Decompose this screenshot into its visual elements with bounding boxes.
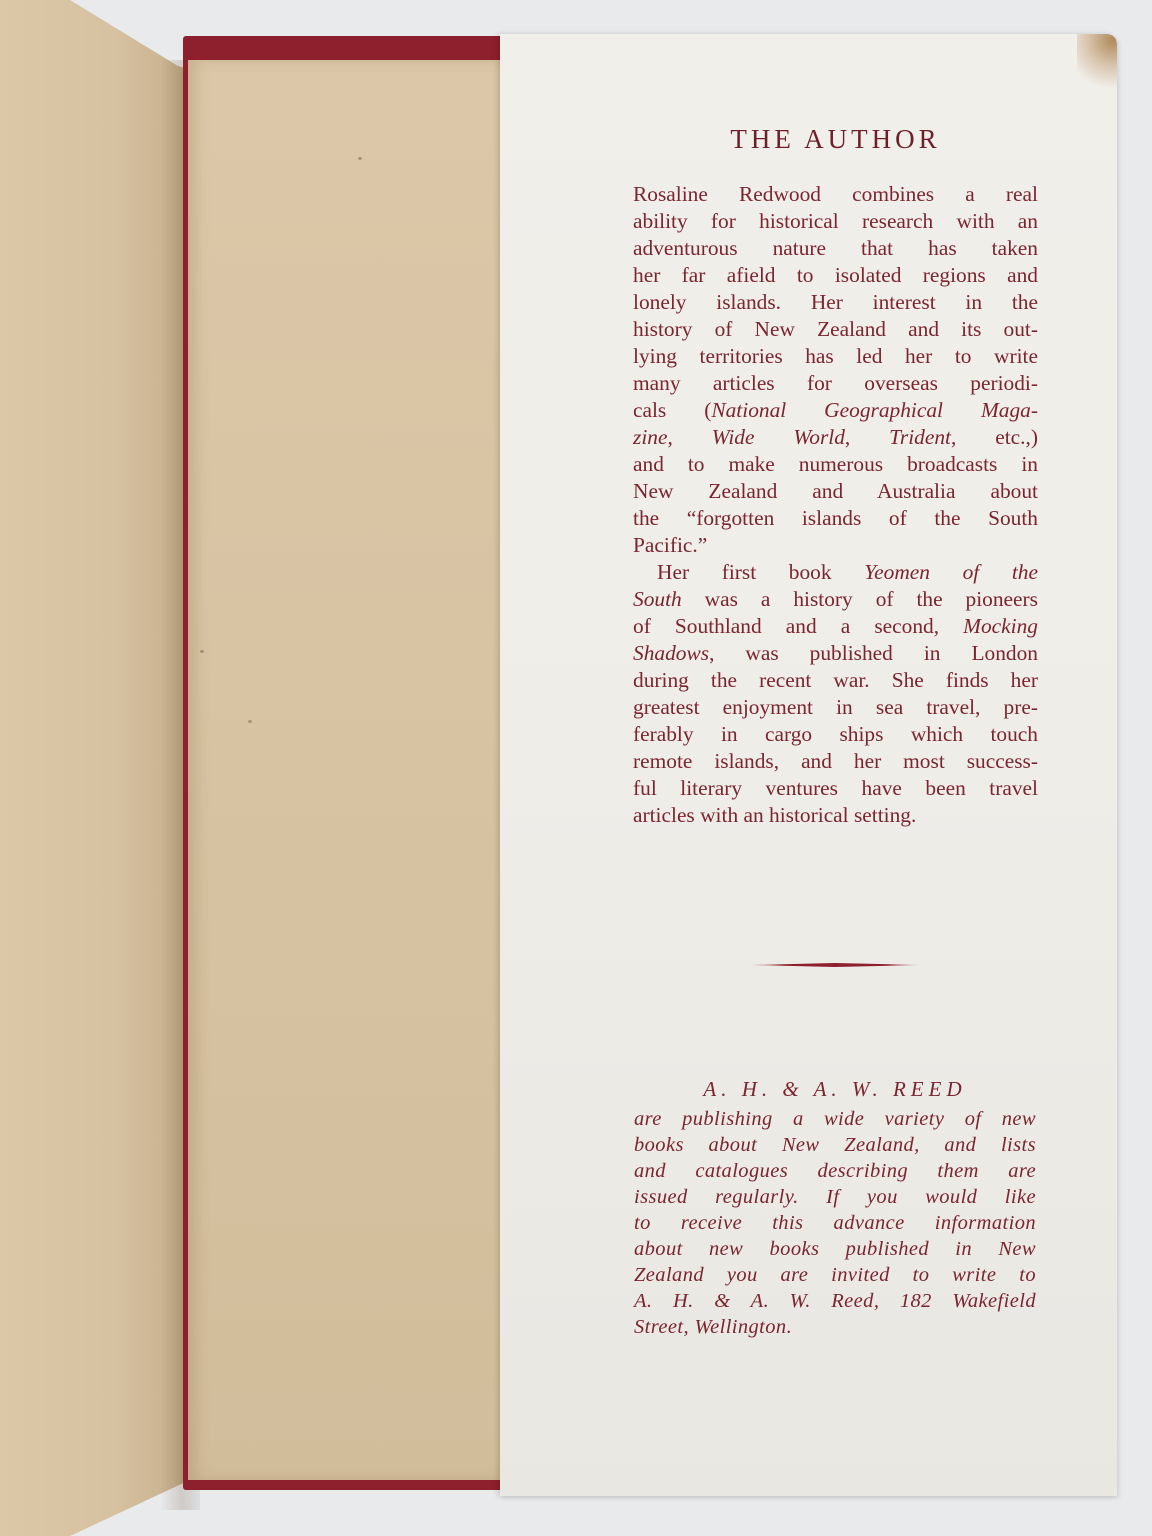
text: cals ( [633, 398, 711, 422]
publisher-line: are publishing a wide variety of new [634, 1106, 1036, 1132]
bio-line: of Southland and a second, Mocking [633, 613, 1038, 640]
bio-line: history of New Zealand and its out- [633, 316, 1038, 343]
bio-line: New Zealand and Australia about [633, 478, 1038, 505]
bio-line: ful literary ventures have been travel [633, 775, 1038, 802]
periodical-title: Trident [889, 425, 951, 449]
bio-line: greatest enjoyment in sea travel, pre- [633, 694, 1038, 721]
text: , [667, 425, 711, 449]
publisher-notice: A. H. & A. W. REED are publishing a wide… [634, 1077, 1036, 1340]
author-heading: THE AUTHOR [633, 124, 1038, 155]
periodical-title: zine [633, 425, 667, 449]
author-bio: Rosaline Redwood combines a real ability… [633, 181, 1038, 829]
dust-jacket-flap: THE AUTHOR Rosaline Redwood combines a r… [500, 34, 1117, 1496]
foxing-spot [358, 157, 362, 160]
publisher-line: Zealand you are invited to write to [634, 1262, 1036, 1288]
text: Her first book [657, 560, 864, 584]
bio-line: lying territories has led her to write [633, 343, 1038, 370]
bio-line: lonely islands. Her interest in the [633, 289, 1038, 316]
endpaper-pastedown [188, 60, 503, 1480]
bio-line: the “forgotten islands of the South [633, 505, 1038, 532]
bio-line: remote islands, and her most success- [633, 748, 1038, 775]
text: , [845, 425, 889, 449]
decorative-rule [749, 963, 921, 967]
publisher-line: A. H. & A. W. Reed, 182 Wakefield [634, 1288, 1036, 1314]
publisher-address-end: Street, Wellington. [634, 1314, 1036, 1340]
bio-line: articles with an historical setting. [633, 802, 1038, 829]
text: was a history of the pioneers [682, 587, 1038, 611]
bio-line: ability for historical research with an [633, 208, 1038, 235]
publisher-line: issued regularly. If you would like [634, 1184, 1036, 1210]
bio-line: her far afield to isolated regions and [633, 262, 1038, 289]
bio-line: and to make numerous broadcasts in [633, 451, 1038, 478]
book-title: South [633, 587, 682, 611]
foxing-spot [248, 720, 252, 723]
book-title: Mocking [963, 614, 1038, 638]
text: , etc.,) [951, 425, 1038, 449]
publisher-name: A. H. & A. W. REED [634, 1077, 1036, 1102]
bio-line: ferably in cargo ships which touch [633, 721, 1038, 748]
bio-line: Pacific.” [633, 532, 1038, 559]
corner-stain [1077, 34, 1117, 94]
bio-line: during the recent war. She finds her [633, 667, 1038, 694]
bio-line: adventurous nature that has taken [633, 235, 1038, 262]
bio-line: Shadows, was published in London [633, 640, 1038, 667]
publisher-line: and catalogues describing them are [634, 1158, 1036, 1184]
text: , was published in London [709, 641, 1038, 665]
book-title: Shadows [633, 641, 709, 665]
periodical-title: National Geographical Maga- [711, 398, 1038, 422]
bio-line: Her first book Yeomen of the [633, 559, 1038, 586]
book-title: Yeomen of the [864, 560, 1038, 584]
bio-line: Rosaline Redwood combines a real [633, 181, 1038, 208]
bio-line: zine, Wide World, Trident, etc.,) [633, 424, 1038, 451]
publisher-line: books about New Zealand, and lists [634, 1132, 1036, 1158]
text: of Southland and a second, [633, 614, 963, 638]
author-section: THE AUTHOR Rosaline Redwood combines a r… [633, 124, 1038, 829]
bio-line: cals (National Geographical Maga- [633, 397, 1038, 424]
publisher-line: to receive this advance information [634, 1210, 1036, 1236]
publisher-line: about new books published in New [634, 1236, 1036, 1262]
foxing-spot [200, 650, 204, 653]
bio-line: South was a history of the pioneers [633, 586, 1038, 613]
periodical-title: Wide World [712, 425, 845, 449]
bio-line: many articles for overseas periodi- [633, 370, 1038, 397]
